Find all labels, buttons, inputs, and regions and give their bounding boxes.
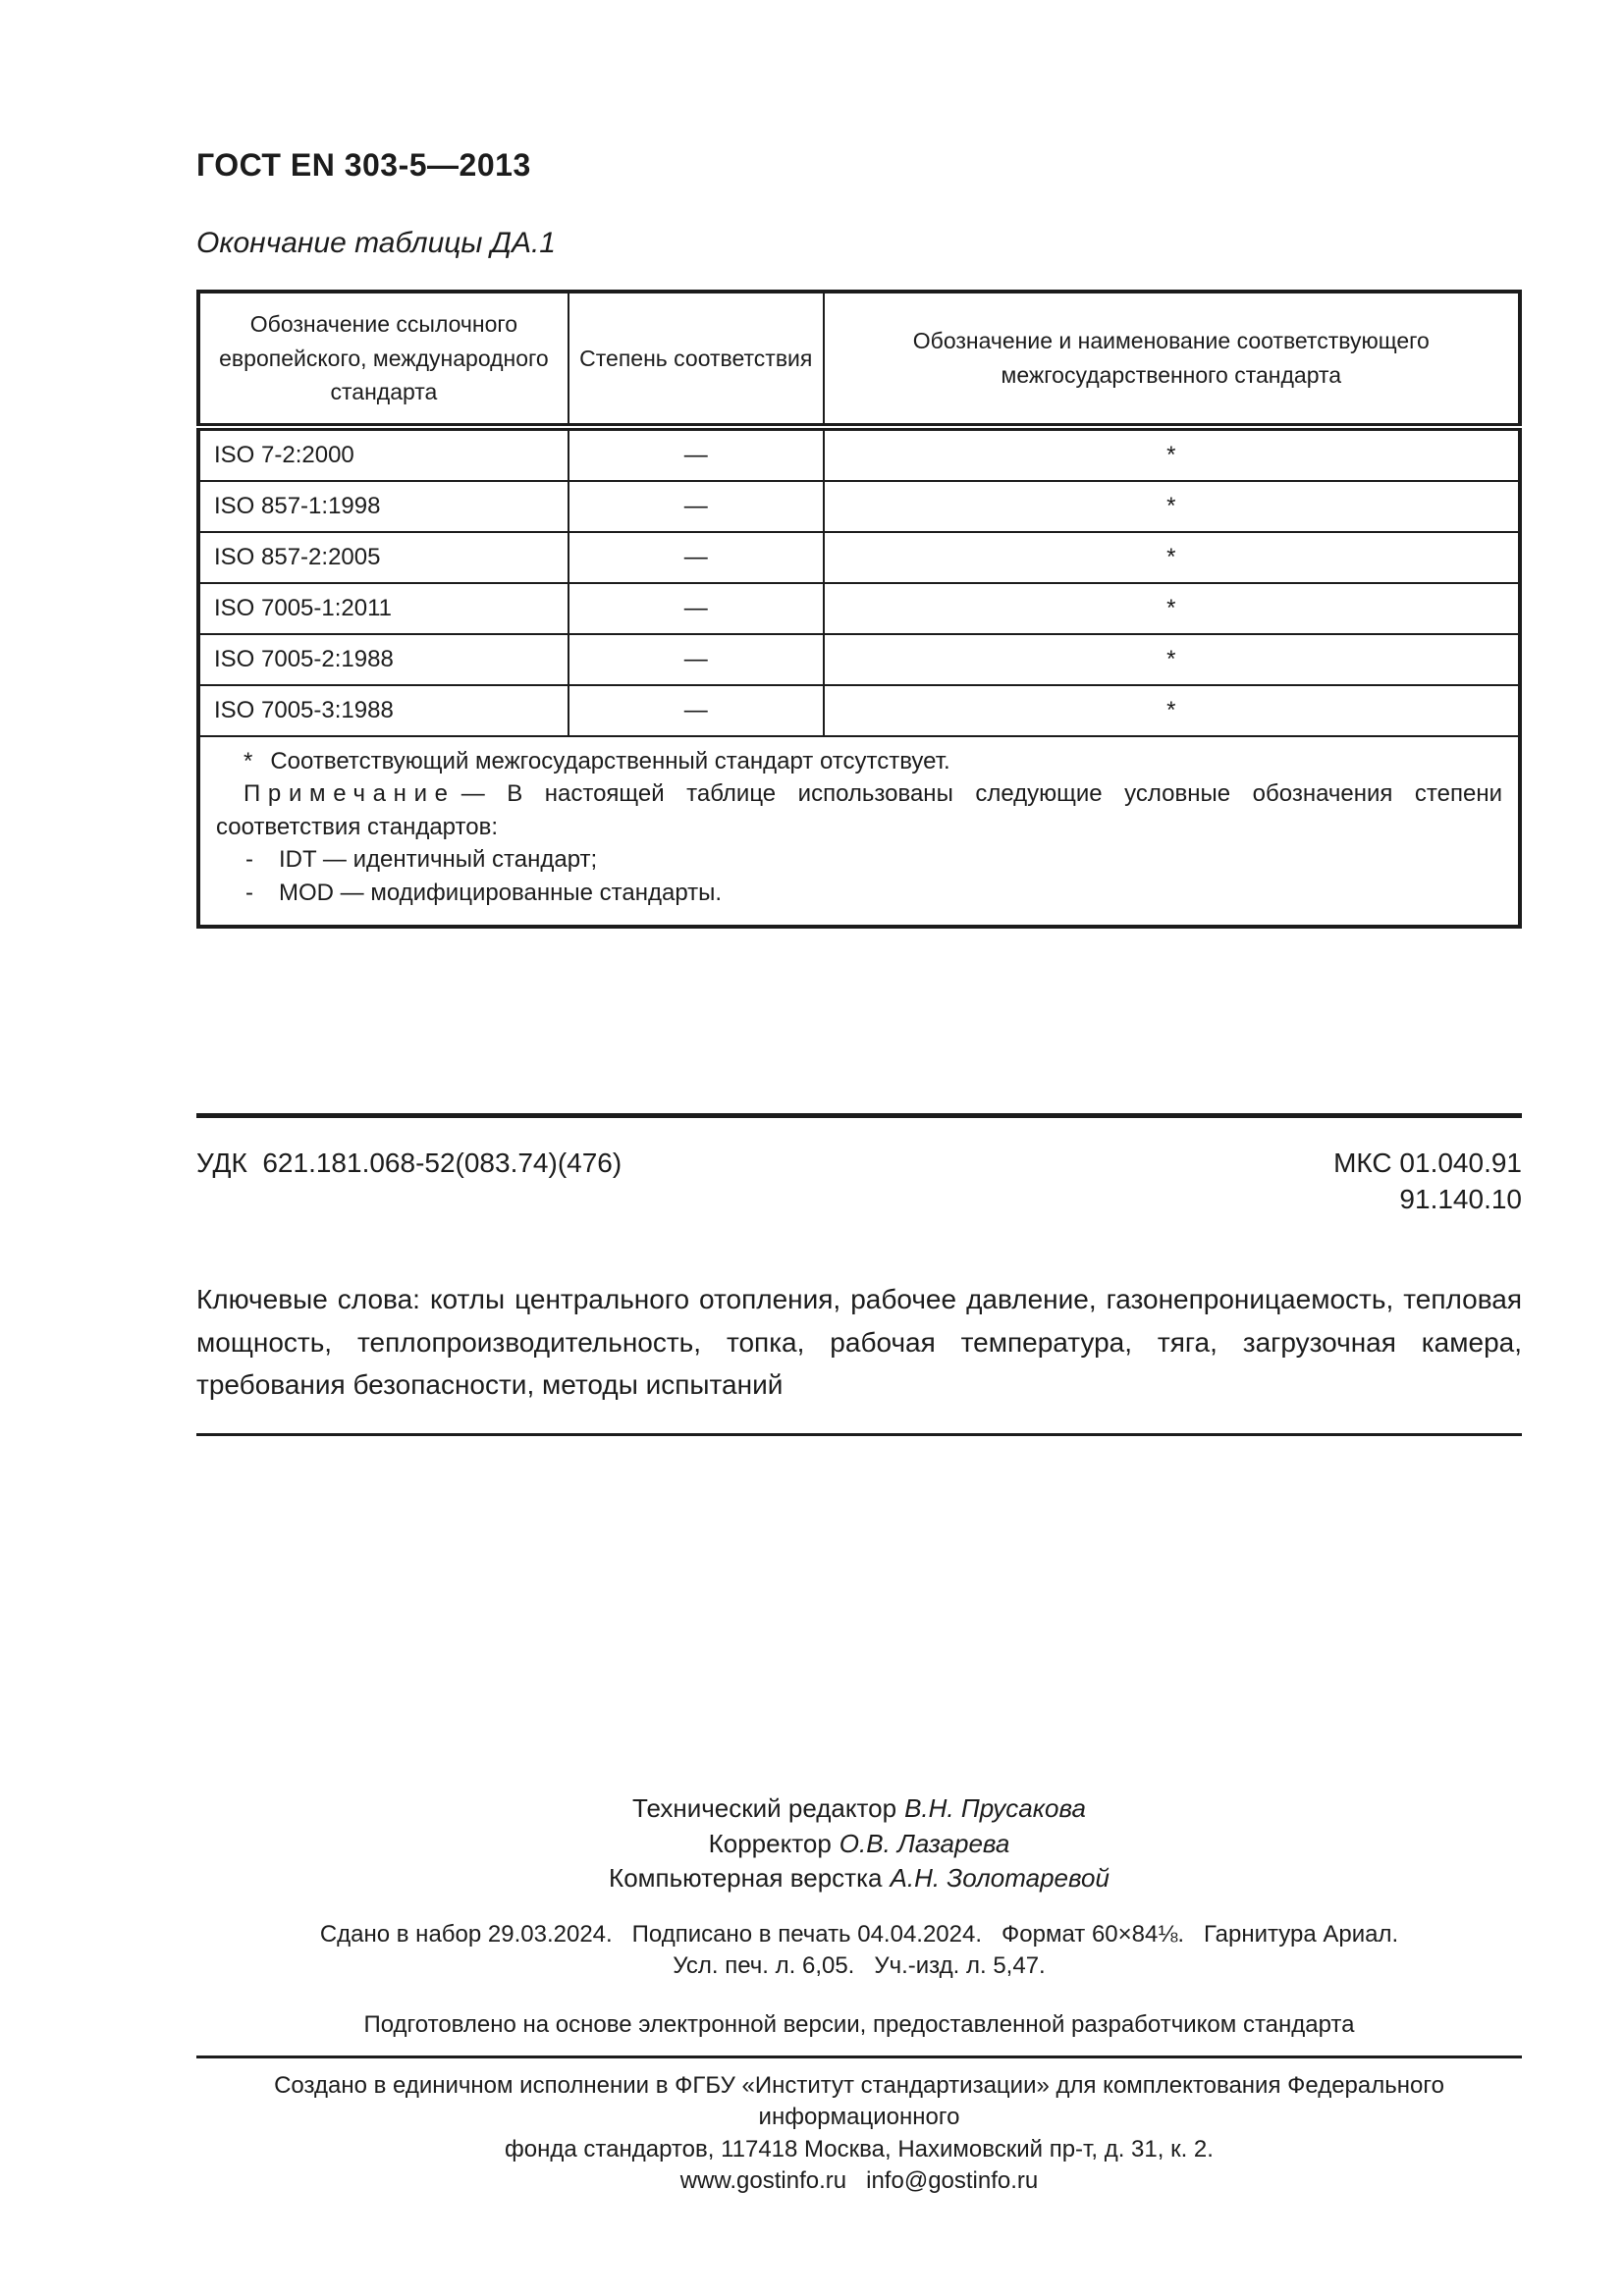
cell-degree: — bbox=[568, 427, 824, 481]
footnote-star-line: *Соответствующий межгосударственный стан… bbox=[216, 745, 1502, 778]
table-row: ISO 7-2:2000 — * bbox=[198, 427, 1520, 481]
note-item-text: MOD — модифицированные стандарты. bbox=[279, 880, 722, 906]
cell-degree: — bbox=[568, 481, 824, 532]
cell-reference: ISO 7005-2:1988 bbox=[198, 634, 568, 685]
cell-match: * bbox=[824, 634, 1520, 685]
publisher-block: Создано в единичном исполнении в ФГБУ «И… bbox=[196, 2070, 1522, 2198]
horizontal-rule-thick bbox=[196, 1113, 1522, 1118]
cell-match: * bbox=[824, 481, 1520, 532]
doc-code: ГОСТ EN 303-5—2013 bbox=[196, 147, 1522, 184]
credit-name: О.В. Лазарева bbox=[839, 1829, 1010, 1858]
table-caption: Окончание таблицы ДА.1 bbox=[196, 227, 1522, 260]
imprint-line: Усл. печ. л. 6,05. Уч.-изд. л. 5,47. bbox=[196, 1950, 1522, 1982]
credit-line: КорректорО.В. Лазарева bbox=[196, 1827, 1522, 1861]
cell-reference: ISO 7-2:2000 bbox=[198, 427, 568, 481]
table-footnote-cell: *Соответствующий межгосударственный стан… bbox=[198, 736, 1520, 928]
footnote-star-text: Соответствующий межгосударственный станд… bbox=[270, 748, 949, 774]
credit-line: Компьютерная версткаА.Н. Золотаревой bbox=[196, 1861, 1522, 1896]
cell-degree: — bbox=[568, 634, 824, 685]
cell-degree: — bbox=[568, 685, 824, 736]
credit-role: Корректор bbox=[709, 1829, 832, 1858]
udk-code: УДК 621.181.068-52(083.74)(476) bbox=[196, 1146, 622, 1181]
cell-match: * bbox=[824, 532, 1520, 583]
note-list-item: -MOD — модифицированные стандарты. bbox=[216, 877, 1502, 910]
note-list-item: -IDT — идентичный стандарт; bbox=[216, 843, 1502, 877]
note-item-text: IDT — идентичный стандарт; bbox=[279, 846, 597, 873]
list-dash: - bbox=[245, 846, 253, 873]
credit-role: Компьютерная верстка bbox=[609, 1863, 882, 1893]
list-dash: - bbox=[245, 880, 253, 906]
footnote-asterisk: * bbox=[244, 748, 252, 774]
cell-degree: — bbox=[568, 532, 824, 583]
cell-reference: ISO 857-1:1998 bbox=[198, 481, 568, 532]
imprint-line: Сдано в набор 29.03.2024. Подписано в пе… bbox=[196, 1919, 1522, 1950]
credit-line: Технический редакторВ.Н. Прусакова bbox=[196, 1791, 1522, 1826]
document-page: ГОСТ EN 303-5—2013 Окончание таблицы ДА.… bbox=[0, 0, 1624, 2296]
publisher-contacts: www.gostinfo.ru info@gostinfo.ru bbox=[196, 2165, 1522, 2197]
cell-reference: ISO 7005-1:2011 bbox=[198, 583, 568, 634]
mks-code-line: МКС 01.040.91 bbox=[1333, 1146, 1522, 1181]
col-header-degree: Степень соответствия bbox=[568, 292, 824, 427]
cell-match: * bbox=[824, 685, 1520, 736]
keywords-paragraph: Ключевые слова: котлы центрального отопл… bbox=[196, 1278, 1522, 1406]
table-row: ISO 7005-3:1988 — * bbox=[198, 685, 1520, 736]
table-row: ISO 7005-2:1988 — * bbox=[198, 634, 1520, 685]
table-row: ISO 857-2:2005 — * bbox=[198, 532, 1520, 583]
table-row: ISO 7005-1:2011 — * bbox=[198, 583, 1520, 634]
horizontal-rule-thin bbox=[196, 1433, 1522, 1436]
cell-match: * bbox=[824, 583, 1520, 634]
credit-name: А.Н. Золотаревой bbox=[891, 1863, 1110, 1893]
horizontal-rule-bottom bbox=[196, 2056, 1522, 2058]
col-header-reference-standard: Обозначение ссылочного европейского, меж… bbox=[198, 292, 568, 427]
cell-degree: — bbox=[568, 583, 824, 634]
mks-code-line: 91.140.10 bbox=[1333, 1182, 1522, 1217]
note-label: Примечание bbox=[244, 780, 456, 807]
prepared-note: Подготовлено на основе электронной верси… bbox=[196, 2009, 1522, 2041]
table-row: ISO 857-1:1998 — * bbox=[198, 481, 1520, 532]
credits-block: Технический редакторВ.Н. Прусакова Корре… bbox=[196, 1791, 1522, 1895]
mks-codes: МКС 01.040.91 91.140.10 bbox=[1333, 1146, 1522, 1217]
cell-reference: ISO 857-2:2005 bbox=[198, 532, 568, 583]
publisher-line: Создано в единичном исполнении в ФГБУ «И… bbox=[196, 2070, 1522, 2134]
cell-match: * bbox=[824, 427, 1520, 481]
credit-name: В.Н. Прусакова bbox=[904, 1793, 1086, 1823]
table-footnote-row: *Соответствующий межгосударственный стан… bbox=[198, 736, 1520, 928]
page-content: ГОСТ EN 303-5—2013 Окончание таблицы ДА.… bbox=[0, 147, 1624, 2197]
imprint-block: Сдано в набор 29.03.2024. Подписано в пе… bbox=[196, 1919, 1522, 1983]
publisher-line: фонда стандартов, 117418 Москва, Нахимов… bbox=[196, 2134, 1522, 2165]
cell-reference: ISO 7005-3:1988 bbox=[198, 685, 568, 736]
table-header-row: Обозначение ссылочного европейского, меж… bbox=[198, 292, 1520, 427]
col-header-interstate-standard: Обозначение и наименование соответствующ… bbox=[824, 292, 1520, 427]
correspondence-table: Обозначение ссылочного европейского, меж… bbox=[196, 290, 1522, 929]
credit-role: Технический редактор bbox=[632, 1793, 896, 1823]
classification-codes: УДК 621.181.068-52(083.74)(476) МКС 01.0… bbox=[196, 1146, 1522, 1217]
table-note: Примечание— В настоящей таблице использо… bbox=[216, 777, 1502, 843]
